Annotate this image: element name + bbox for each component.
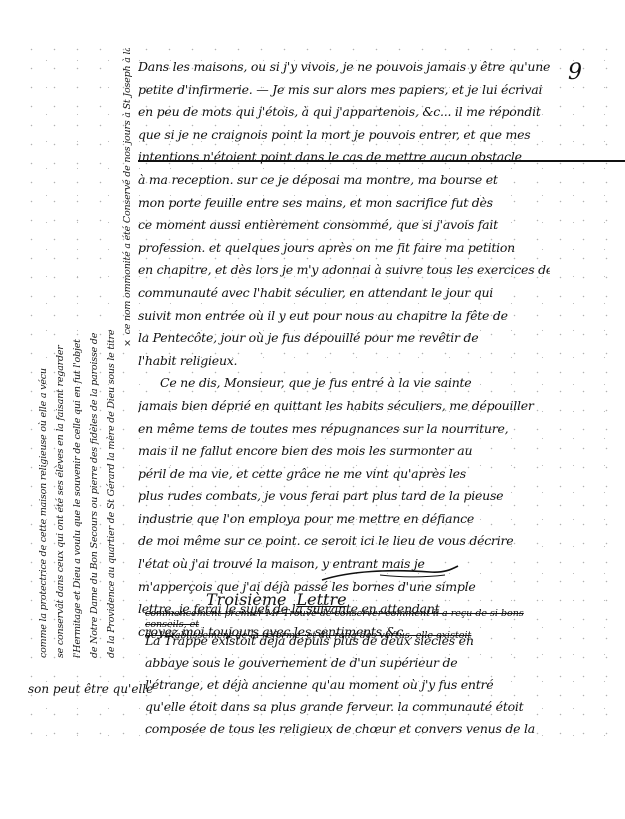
body-line: profession. et quelques jours après on m… [138, 237, 550, 260]
body-line: l'habit religieux. [138, 350, 550, 373]
manuscript-page: 9 comme la protectrice de cette maison r… [0, 0, 625, 819]
body-line: plus rudes combats, je vous ferai part p… [138, 485, 550, 508]
body-line: mon porte feuille entre ses mains, et mo… [138, 192, 550, 215]
body-line: en chapitre, et dès lors je m'y adonnai … [138, 259, 550, 282]
body-line: La Trappe existoit déjà depuis plus de d… [145, 630, 550, 652]
body-line: à ma reception. sur ce je déposai ma mon… [138, 169, 550, 192]
body-line: en peu de mots qui j'étois, à qui j'appa… [138, 101, 550, 124]
body-line: communauté avec l'habit séculier, en att… [138, 282, 550, 305]
page-number: 9 [568, 60, 582, 85]
body-line: abbaye sous le gouvernement de d'un supé… [145, 652, 550, 674]
margin-note-column: comme la protectrice de cette maison rel… [38, 48, 49, 658]
margin-note-column: l'Hermitage et Dieu a voulu que le souve… [72, 48, 83, 658]
body-line-paragraph-start: Ce ne dis, Monsieur, que je fus entré à … [138, 372, 550, 395]
body-line: suivit mon entrée où il y eut pour nous … [138, 305, 550, 328]
body-line: mais il ne fallut encore bien des mois l… [138, 440, 550, 463]
horizontal-rule [138, 160, 625, 162]
heading-title: Lettre [297, 590, 347, 609]
body-line: en même tems de toutes mes répugnances s… [138, 418, 550, 441]
struck-note-line: commencement premier Mr Trouvé de conser… [145, 608, 545, 630]
margin-note-column: × ce nom ommonité a été Conservé de nos … [122, 48, 133, 348]
margin-note-column: de la Providence au quartier de St Gérar… [106, 48, 117, 658]
body-line: l'étrange, et déjà ancienne qu'au moment… [145, 674, 550, 696]
margin-note-column: de Notre Dame du Bon Secours ou pierre d… [89, 48, 100, 658]
signature-flourish [320, 563, 460, 583]
body-line: de moi même sur ce point. ce seroit ici … [138, 530, 550, 553]
body-line: que si je ne craignois point la mort je … [138, 124, 550, 147]
body-line: industrie que l'on employa pour me mettr… [138, 508, 550, 531]
body-line: jamais bien déprié en quittant les habit… [138, 395, 550, 418]
margin-note-column: se conservât dans ceux qui ont été ses é… [55, 48, 66, 658]
third-letter-heading: TroisièmeLettre [206, 590, 347, 609]
body-line: petite d'infirmerie. — Je mis sur alors … [138, 79, 550, 102]
third-letter-body: La Trappe existoit déjà depuis plus de d… [145, 630, 550, 740]
body-line: Dans les maisons, ou si j'y vivois, je n… [138, 56, 550, 79]
body-line: la Pentecôte, jour où je fus dépouillé p… [138, 327, 550, 350]
body-line: péril de ma vie, et cette grâce ne me vi… [138, 463, 550, 486]
margin-notes: comme la protectrice de cette maison rel… [38, 48, 138, 658]
body-line: composée de tous les religieux de chœur … [145, 718, 550, 740]
heading-ordinal: Troisième [206, 590, 287, 609]
body-line: ce moment aussi entièrement consommé, qu… [138, 214, 550, 237]
letter-body: Dans les maisons, ou si j'y vivois, je n… [138, 56, 550, 643]
body-line: qu'elle étoit dans sa plus grande ferveu… [145, 696, 550, 718]
body-line: intentions n'étoient point dans le cas d… [138, 146, 550, 169]
margin-bottom-note: son peut être qu'elle [28, 682, 153, 696]
